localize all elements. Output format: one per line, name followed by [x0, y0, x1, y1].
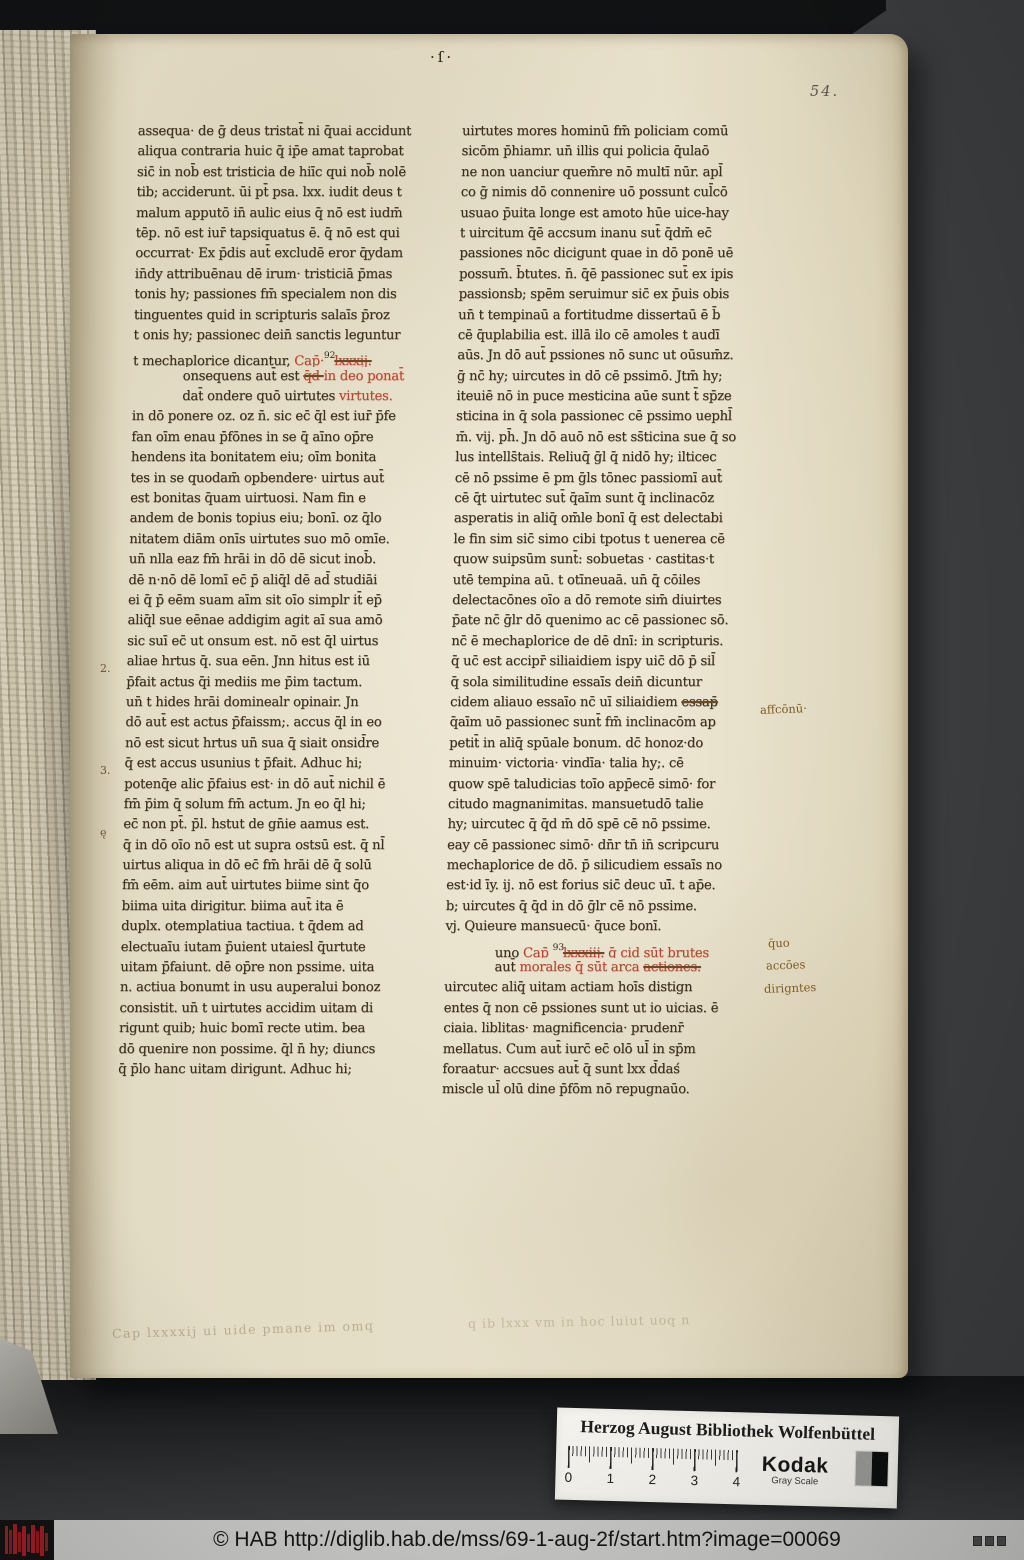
rubric-cap-83-line: uno Cap̄ 93lxxxiij. q̄ cid sūt brutes — [445, 938, 765, 958]
grayscale-patch — [855, 1451, 888, 1486]
grayscale-patch-dark — [871, 1452, 888, 1486]
faint-offset-text-right: q ib lxxx vm in hoc luiut uoq n — [468, 1312, 690, 1331]
column-left-text-top: assequa· de ḡ deus tristat̄ ni q̄uai acc… — [133, 122, 452, 346]
calibration-bars-icon — [0, 1520, 54, 1560]
kodak-brand: Kodak Gray Scale — [761, 1453, 829, 1488]
print-marks-icon — [973, 1536, 1006, 1546]
rubric-virtutes-line: dat̄ ondere quō uirtutes virtutes. — [132, 387, 446, 407]
margin-numeral-2: 2. — [100, 662, 111, 675]
credit-bar: © HAB http://diglib.hab.de/mss/69-1-aug-… — [0, 1520, 1024, 1560]
column-right-text-bottom: uircutec aliq̄ uitam actiam hoīs distign… — [442, 978, 765, 1100]
column-right-text-middle: q̄aīm uō passionec sunt̄ fm̄ inclinacōm … — [445, 713, 770, 937]
quire-mark: ·ſ· — [430, 48, 454, 66]
library-label: Herzog August Bibliothek Wolfenbüttel 0 … — [555, 1408, 899, 1509]
margin-note-quo: q̄uo — [768, 936, 790, 951]
top-shadow — [0, 0, 886, 35]
folio-number: 54. — [810, 84, 839, 100]
photo-stage: ·ſ· 54. assequa· de ḡ deus tristat̄ ni q… — [0, 0, 1024, 1560]
ruler-number-4: 4 — [729, 1474, 743, 1489]
ruler-number-0: 0 — [561, 1470, 575, 1485]
manuscript-page: ·ſ· 54. assequa· de ḡ deus tristat̄ ni q… — [70, 34, 908, 1378]
margin-note-dirigentes: dirigntes — [764, 980, 817, 996]
gray-scale-caption: Gray Scale — [761, 1475, 828, 1488]
gutter-page-edges — [0, 30, 78, 1380]
struck-word-line: cidem aliauo essaīo nc̄ uī siliaidiem es… — [450, 693, 770, 713]
column-right-text-top: uirtutes mores hominū fm̄ policiam comūs… — [450, 122, 782, 693]
rubric-consequens-line: onsequens aut̄ est q̄d in deo ponat̄ — [132, 367, 446, 387]
text-column-right: uirtutes mores hominū fm̄ policiam comūs… — [442, 122, 783, 1101]
rubric-morales-line: aut̄ morales q̄ sūt arca actiones. — [444, 958, 764, 978]
gutter-fold-shadow — [70, 34, 118, 1378]
rubric-cap-82-line: t mechaplorice dicantur, Cap̄·92lxxxij. — [133, 346, 447, 366]
text-column-left: assequa· de ḡ deus tristat̄ ni q̄uai acc… — [118, 122, 452, 1080]
library-label-title: Herzog August Bibliothek Wolfenbüttel — [557, 1416, 899, 1446]
ruler-number-1: 1 — [603, 1471, 617, 1486]
ruler-number-2: 2 — [645, 1472, 659, 1487]
ruler: 0 1 2 3 4 — [565, 1446, 748, 1499]
margin-numeral-3: 3. — [100, 764, 111, 777]
ruler-number-3: 3 — [687, 1473, 701, 1488]
column-left-text-bottom: in dō ponere oz. oz n̄. sic ec̄ q̄l est … — [118, 407, 446, 1080]
ruler-ticks — [566, 1446, 749, 1473]
credit-link[interactable]: © HAB http://diglib.hab.de/mss/69-1-aug-… — [130, 1520, 924, 1560]
faint-offset-text-left: Cap lxxxxij ui uide pmane im omq — [112, 1318, 375, 1341]
margin-note-accoes: accōes — [766, 957, 806, 972]
margin-numeral-4: ę — [100, 826, 107, 839]
grayscale-patch-light — [855, 1451, 872, 1485]
margin-note-affectionum: affcōnū· — [760, 701, 807, 717]
